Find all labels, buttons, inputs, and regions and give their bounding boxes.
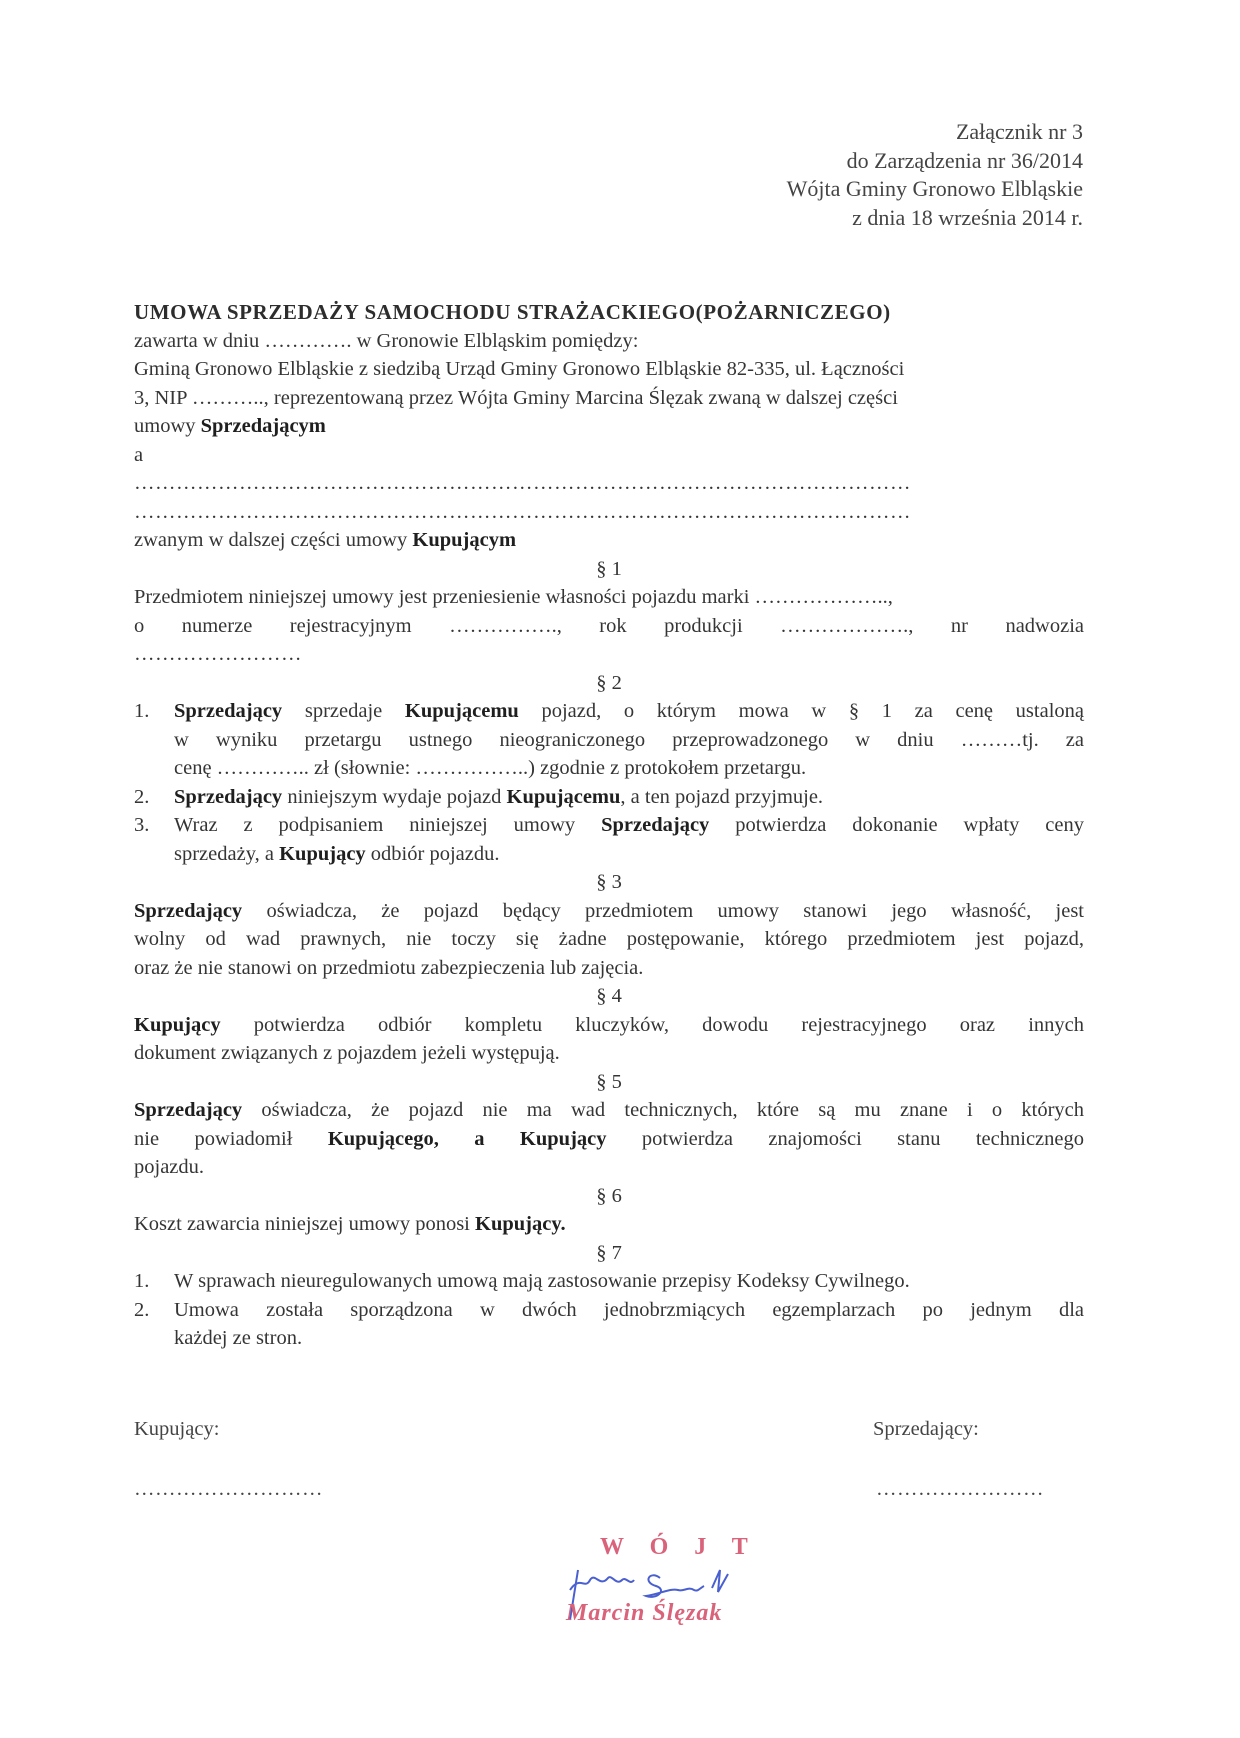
bold-term: Kupujący <box>279 843 366 865</box>
bold-term: Kupującemu <box>405 700 519 722</box>
section-line: Przedmiotem niniejszej umowy jest przeni… <box>134 583 1084 612</box>
numbered-list: 1. W sprawach nieuregulowanych umową maj… <box>134 1267 1084 1353</box>
buyer-signature-label: Kupujący: <box>134 1418 219 1441</box>
item-line: Umowa została sporządzona w dwóch jednob… <box>174 1296 1084 1325</box>
buyer-blank-line: ………………………………………………………………………………………………… <box>134 498 1084 527</box>
text: potwierdza znajomości stanu technicznego <box>607 1128 1085 1150</box>
item-line: w wyniku przetargu ustnego nieograniczon… <box>174 726 1084 755</box>
text: pojazd, o którym mowa w § 1 za cenę usta… <box>519 700 1084 722</box>
bold-term: Sprzedający <box>174 786 282 808</box>
item-line: W sprawach nieuregulowanych umową mają z… <box>174 1267 1084 1296</box>
section-line: wolny od wad prawnych, nie toczy się żad… <box>134 925 1084 954</box>
text: , a ten pojazd przyjmuje. <box>620 786 823 808</box>
text: niniejszym wydaje pojazd <box>282 786 506 808</box>
section-line: nie powiadomił Kupującego, a Kupujący po… <box>134 1125 1084 1154</box>
intro-line: zawarta w dniu …………. w Gronowie Elbląski… <box>134 327 1084 356</box>
bold-term: Sprzedający <box>134 900 242 922</box>
section-line: …………………… <box>134 640 1084 669</box>
text: odbiór pojazdu. <box>366 843 500 865</box>
list-item: 2. Sprzedający niniejszym wydaje pojazd … <box>134 783 1084 812</box>
document-page: Załącznik nr 3 do Zarządzenia nr 36/2014… <box>0 0 1240 1738</box>
bold-term: Kupujący <box>134 1014 221 1036</box>
item-number: 1. <box>134 1267 149 1296</box>
section-heading: § 4 <box>134 982 1084 1011</box>
list-item: 1. Sprzedający sprzedaje Kupującemu poja… <box>134 697 1084 783</box>
section-heading: § 2 <box>134 669 1084 698</box>
section-heading: § 7 <box>134 1239 1084 1268</box>
stamp-name: Marcin Ślęzak <box>566 1600 722 1627</box>
section-5: § 5 Sprzedający oświadcza, że pojazd nie… <box>134 1068 1084 1182</box>
section-line: Kupujący potwierdza odbiór kompletu kluc… <box>134 1011 1084 1040</box>
intro-section: zawarta w dniu …………. w Gronowie Elbląski… <box>134 327 1084 555</box>
contract-body: UMOWA SPRZEDAŻY SAMOCHODU STRAŻACKIEGO(P… <box>134 298 1084 1353</box>
item-number: 2. <box>134 783 149 812</box>
bold-term: Kupującemu <box>507 786 621 808</box>
text: Wraz z podpisaniem niniejszej umowy <box>174 814 601 836</box>
item-number: 2. <box>134 1296 149 1325</box>
item-line: cenę ………….. zł (słownie: ……………..) zgodni… <box>174 754 1084 783</box>
item-line: Sprzedający sprzedaje Kupującemu pojazd,… <box>174 697 1084 726</box>
seller-signature-label: Sprzedający: <box>873 1418 979 1441</box>
bold-term: Sprzedający <box>174 700 282 722</box>
text: nie powiadomił <box>134 1128 328 1150</box>
section-7: § 7 1. W sprawach nieuregulowanych umową… <box>134 1239 1084 1353</box>
text: potwierdza dokonanie wpłaty ceny <box>709 814 1084 836</box>
text: zwanym w dalszej części umowy <box>134 529 412 551</box>
party-buyer-term: Kupującym <box>412 529 516 551</box>
party-seller-term: Sprzedającym <box>201 415 326 437</box>
buyer-signature-line: ……………………… <box>134 1478 323 1501</box>
and-word: a <box>134 441 1084 470</box>
section-heading: § 5 <box>134 1068 1084 1097</box>
section-2: § 2 1. Sprzedający sprzedaje Kupującemu … <box>134 669 1084 869</box>
list-item: 3. Wraz z podpisaniem niniejszej umowy S… <box>134 811 1084 868</box>
text: potwierdza odbiór kompletu kluczyków, do… <box>221 1014 1084 1036</box>
attachment-line: Wójta Gminy Gronowo Elbląskie <box>787 175 1083 204</box>
bold-term: Sprzedający <box>134 1099 242 1121</box>
item-number: 3. <box>134 811 149 840</box>
section-4: § 4 Kupujący potwierdza odbiór kompletu … <box>134 982 1084 1068</box>
text: oświadcza, że pojazd będący przedmiotem … <box>242 900 1084 922</box>
text: oświadcza, że pojazd nie ma wad technicz… <box>242 1099 1084 1121</box>
text: Koszt zawarcia niniejszej umowy ponosi <box>134 1213 475 1235</box>
list-item: 1. W sprawach nieuregulowanych umową maj… <box>134 1267 1084 1296</box>
section-line: dokument związanych z pojazdem jeżeli wy… <box>134 1039 1084 1068</box>
contract-title: UMOWA SPRZEDAŻY SAMOCHODU STRAŻACKIEGO(P… <box>134 298 1084 327</box>
list-item: 2. Umowa została sporządzona w dwóch jed… <box>134 1296 1084 1353</box>
item-line: każdej ze stron. <box>174 1324 1084 1353</box>
numbered-list: 1. Sprzedający sprzedaje Kupującemu poja… <box>134 697 1084 868</box>
attachment-line: do Zarządzenia nr 36/2014 <box>787 147 1083 176</box>
attachment-line: Załącznik nr 3 <box>787 118 1083 147</box>
intro-line: zwanym w dalszej części umowy Kupującym <box>134 526 1084 555</box>
bold-term: Kupującego, a Kupujący <box>328 1128 607 1150</box>
item-number: 1. <box>134 697 149 726</box>
item-line: Sprzedający niniejszym wydaje pojazd Kup… <box>174 783 1084 812</box>
intro-line: umowy Sprzedającym <box>134 412 1084 441</box>
section-line: Sprzedający oświadcza, że pojazd nie ma … <box>134 1096 1084 1125</box>
text: umowy <box>134 415 201 437</box>
section-3: § 3 Sprzedający oświadcza, że pojazd będ… <box>134 868 1084 982</box>
intro-line: Gminą Gronowo Elbląskie z siedzibą Urząd… <box>134 355 1084 384</box>
text: sprzedaje <box>282 700 405 722</box>
section-line: o numerze rejestracyjnym ……………., rok pro… <box>134 612 1084 641</box>
item-line: Wraz z podpisaniem niniejszej umowy Sprz… <box>174 811 1084 840</box>
bold-term: Kupujący. <box>475 1213 566 1235</box>
section-heading: § 6 <box>134 1182 1084 1211</box>
section-heading: § 3 <box>134 868 1084 897</box>
bold-term: Sprzedający <box>601 814 709 836</box>
section-heading: § 1 <box>134 555 1084 584</box>
section-line: Koszt zawarcia niniejszej umowy ponosi K… <box>134 1210 1084 1239</box>
seller-signature-line: …………………… <box>876 1478 1044 1501</box>
attachment-header: Załącznik nr 3 do Zarządzenia nr 36/2014… <box>787 118 1083 232</box>
text: sprzedaży, a <box>174 843 279 865</box>
official-stamp: W Ó J T Marcin Ślęzak <box>560 1530 780 1640</box>
section-line: pojazdu. <box>134 1153 1084 1182</box>
buyer-blank-line: ………………………………………………………………………………………………… <box>134 469 1084 498</box>
section-line: Sprzedający oświadcza, że pojazd będący … <box>134 897 1084 926</box>
section-line: oraz że nie stanowi on przedmiotu zabezp… <box>134 954 1084 983</box>
section-6: § 6 Koszt zawarcia niniejszej umowy pono… <box>134 1182 1084 1239</box>
intro-line: 3, NIP ……….., reprezentowaną przez Wójta… <box>134 384 1084 413</box>
attachment-line: z dnia 18 września 2014 r. <box>787 204 1083 233</box>
section-1: § 1 Przedmiotem niniejszej umowy jest pr… <box>134 555 1084 669</box>
item-line: sprzedaży, a Kupujący odbiór pojazdu. <box>174 840 1084 869</box>
